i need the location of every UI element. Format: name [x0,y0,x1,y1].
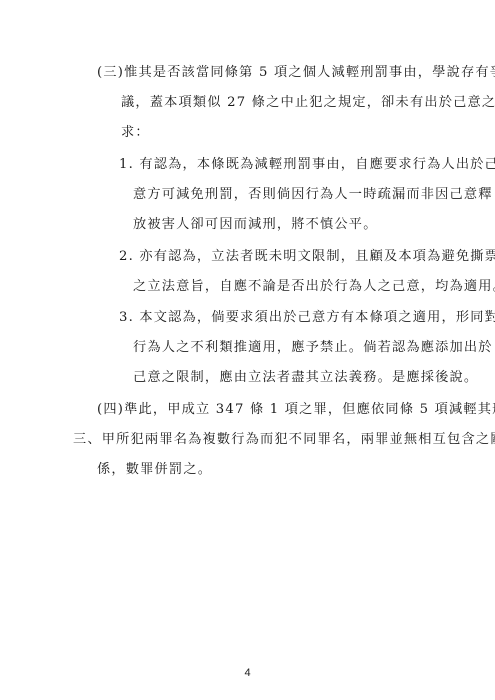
list-item-1-line-2: 意方可減免刑罰，否則倘因行為人一時疏漏而非因己意釋 [133,187,493,203]
section-3-line-2: 係，數罪併罰之。 [97,462,212,478]
list-item-2-line-2: 之立法意旨，自應不論是否出於行為人之己意，均為適用。 [133,279,495,295]
list-item-3-line-1: 3. 本文認為，倘要求須出於己意方有本條項之適用，形同對 [119,310,495,326]
paragraph-3-3-line-1: (三)惟其是否該當同條第 5 項之個人減輕刑罰事由，學說存有爭 [97,65,495,81]
list-item-2-line-1: 2. 亦有認為，立法者既未明文限制，且顧及本項為避免撕票 [119,249,495,265]
list-item-3-line-3: 己意之限制，應由立法者盡其立法義務。是應採後說。 [133,370,478,386]
paragraph-3-3-line-3: 求： [121,125,150,141]
list-item-3-line-2: 行為人之不利類推適用，應予禁止。倘若認為應添加出於 [133,340,493,356]
list-item-1-line-3: 放被害人卻可因而減刑，將不慎公平。 [133,217,378,233]
section-3-line-1: 三、甲所犯兩罪名為複數行為而犯不同罪名，兩罪並無相互包含之關 [73,432,495,448]
document-page: (三)惟其是否該當同條第 5 項之個人減輕刑罰事由，學說存有爭 議，蓋本項類似 … [0,0,495,700]
list-item-1-line-1: 1. 有認為，本條既為減輕刑罰事由，自應要求行為人出於己 [119,157,495,173]
page-number: 4 [0,667,495,679]
paragraph-3-4-line-1: (四)準此，甲成立 347 條 1 項之罪，但應依同條 5 項減輕其刑。 [97,402,495,418]
paragraph-3-3-line-2: 議，蓋本項類似 27 條之中止犯之規定，卻未有出於己意之要 [121,95,495,111]
